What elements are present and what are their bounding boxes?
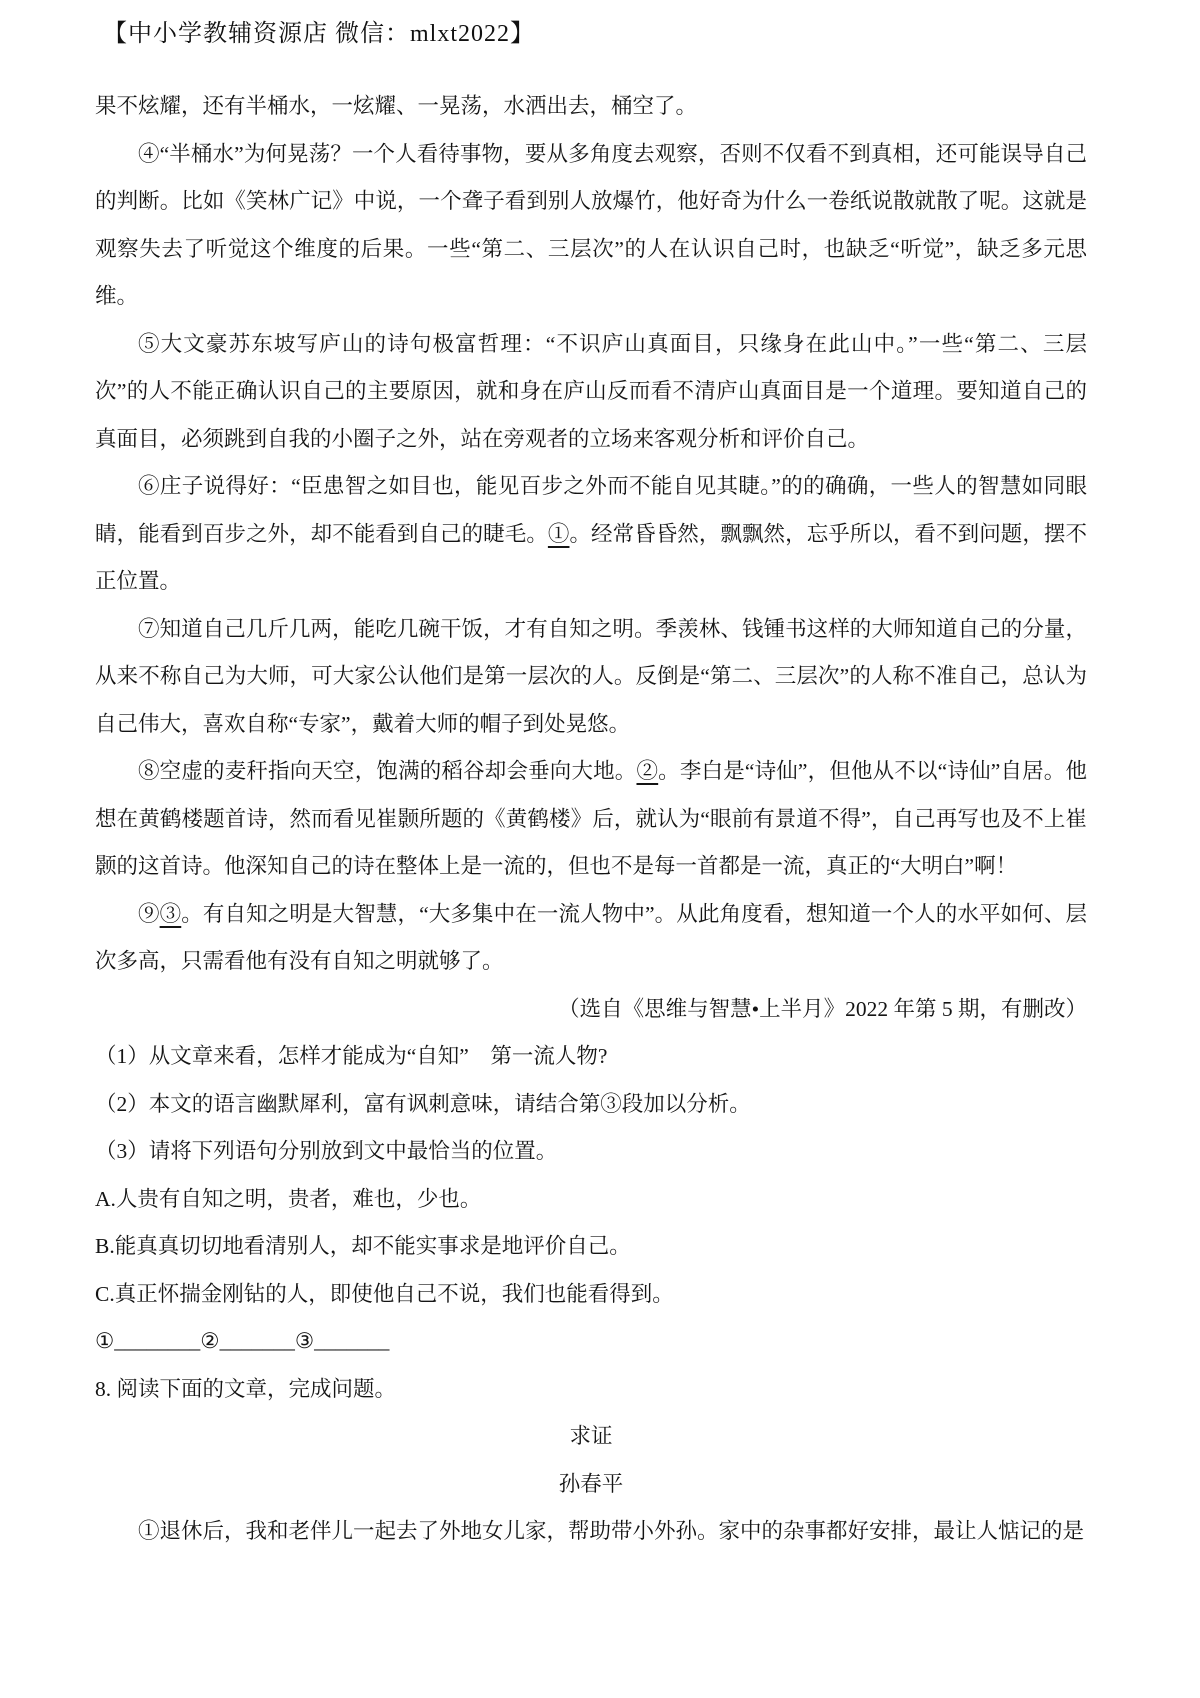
- insert-blank-2-marker: ②: [636, 759, 658, 783]
- source-citation: （选自《思维与智慧•上半月》2022 年第 5 期，有删改）: [95, 986, 1087, 1034]
- paragraph-9-number: ⑨: [138, 902, 160, 926]
- question-2: （2）本文的语言幽默犀利，富有讽刺意味，请结合第③段加以分析。: [95, 1081, 1087, 1129]
- answer-blank-1-number: ①: [95, 1329, 114, 1353]
- paragraph-9-text-after: 。有自知之明是大智慧，“大多集中在一流人物中”。从此角度看，想知道一个人的水平如…: [95, 902, 1087, 974]
- paragraph-4: ④“半桶水”为何晃荡？一个人看待事物，要从多角度去观察，否则不仅看不到真相，还可…: [95, 131, 1087, 321]
- option-c: C.真正怀揣金刚钻的人，即使他自己不说，我们也能看得到。: [95, 1271, 1087, 1319]
- answer-blank-3-line: _______: [314, 1329, 389, 1353]
- question-3: （3）请将下列语句分别放到文中最恰当的位置。: [95, 1128, 1087, 1176]
- option-b: B.能真真切切地看清别人，却不能实事求是地评价自己。: [95, 1223, 1087, 1271]
- answer-blanks-line: ①________②_______③_______: [95, 1318, 1087, 1366]
- insert-blank-1-marker: ①: [548, 522, 570, 546]
- option-a: A.人贵有自知之明，贵者，难也，少也。: [95, 1176, 1087, 1224]
- paragraph-8-text-before: ⑧空虚的麦秆指向天空，饱满的稻谷却会垂向大地。: [138, 759, 636, 783]
- paragraph-9: ⑨③。有自知之明是大智慧，“大多集中在一流人物中”。从此角度看，想知道一个人的水…: [95, 891, 1087, 986]
- paragraph-7: ⑦知道自己几斤几两，能吃几碗干饭，才有自知之明。季羡林、钱锺书这样的大师知道自己…: [95, 606, 1087, 749]
- paragraph-3-continuation: 果不炫耀，还有半桶水，一炫耀、一晃荡，水洒出去，桶空了。: [95, 83, 1087, 131]
- answer-blank-3-number: ③: [295, 1329, 314, 1353]
- answer-blank-2-number: ②: [200, 1329, 219, 1353]
- article-title: 求证: [95, 1413, 1087, 1461]
- watermark-header: 【中小学教辅资源店 微信：mlxt2022】: [103, 13, 535, 48]
- paragraph-6: ⑥庄子说得好：“臣患智之如目也，能见百步之外而不能自见其睫。”的的确确，一些人的…: [95, 463, 1087, 606]
- answer-blank-2-line: _______: [220, 1329, 295, 1353]
- document-body: 果不炫耀，还有半桶水，一炫耀、一晃荡，水洒出去，桶空了。 ④“半桶水”为何晃荡？…: [95, 83, 1087, 1556]
- answer-blank-1-line: ________: [114, 1329, 200, 1353]
- exam-document-page: 【中小学教辅资源店 微信：mlxt2022】 果不炫耀，还有半桶水，一炫耀、一晃…: [0, 0, 1200, 1698]
- paragraph-5: ⑤大文豪苏东坡写庐山的诗句极富哲理：“不识庐山真面目，只缘身在此山中。”一些“第…: [95, 321, 1087, 464]
- article-paragraph-1: ①退休后，我和老伴儿一起去了外地女儿家，帮助带小外孙。家中的杂事都好安排，最让人…: [95, 1508, 1087, 1556]
- article-author: 孙春平: [95, 1461, 1087, 1509]
- insert-blank-3-marker: ③: [160, 902, 182, 926]
- question-8-stem: 8. 阅读下面的文章，完成问题。: [95, 1366, 1087, 1414]
- paragraph-8: ⑧空虚的麦秆指向天空，饱满的稻谷却会垂向大地。②。李白是“诗仙”，但他从不以“诗…: [95, 748, 1087, 891]
- question-1: （1）从文章来看，怎样才能成为“自知” 第一流人物?: [95, 1033, 1087, 1081]
